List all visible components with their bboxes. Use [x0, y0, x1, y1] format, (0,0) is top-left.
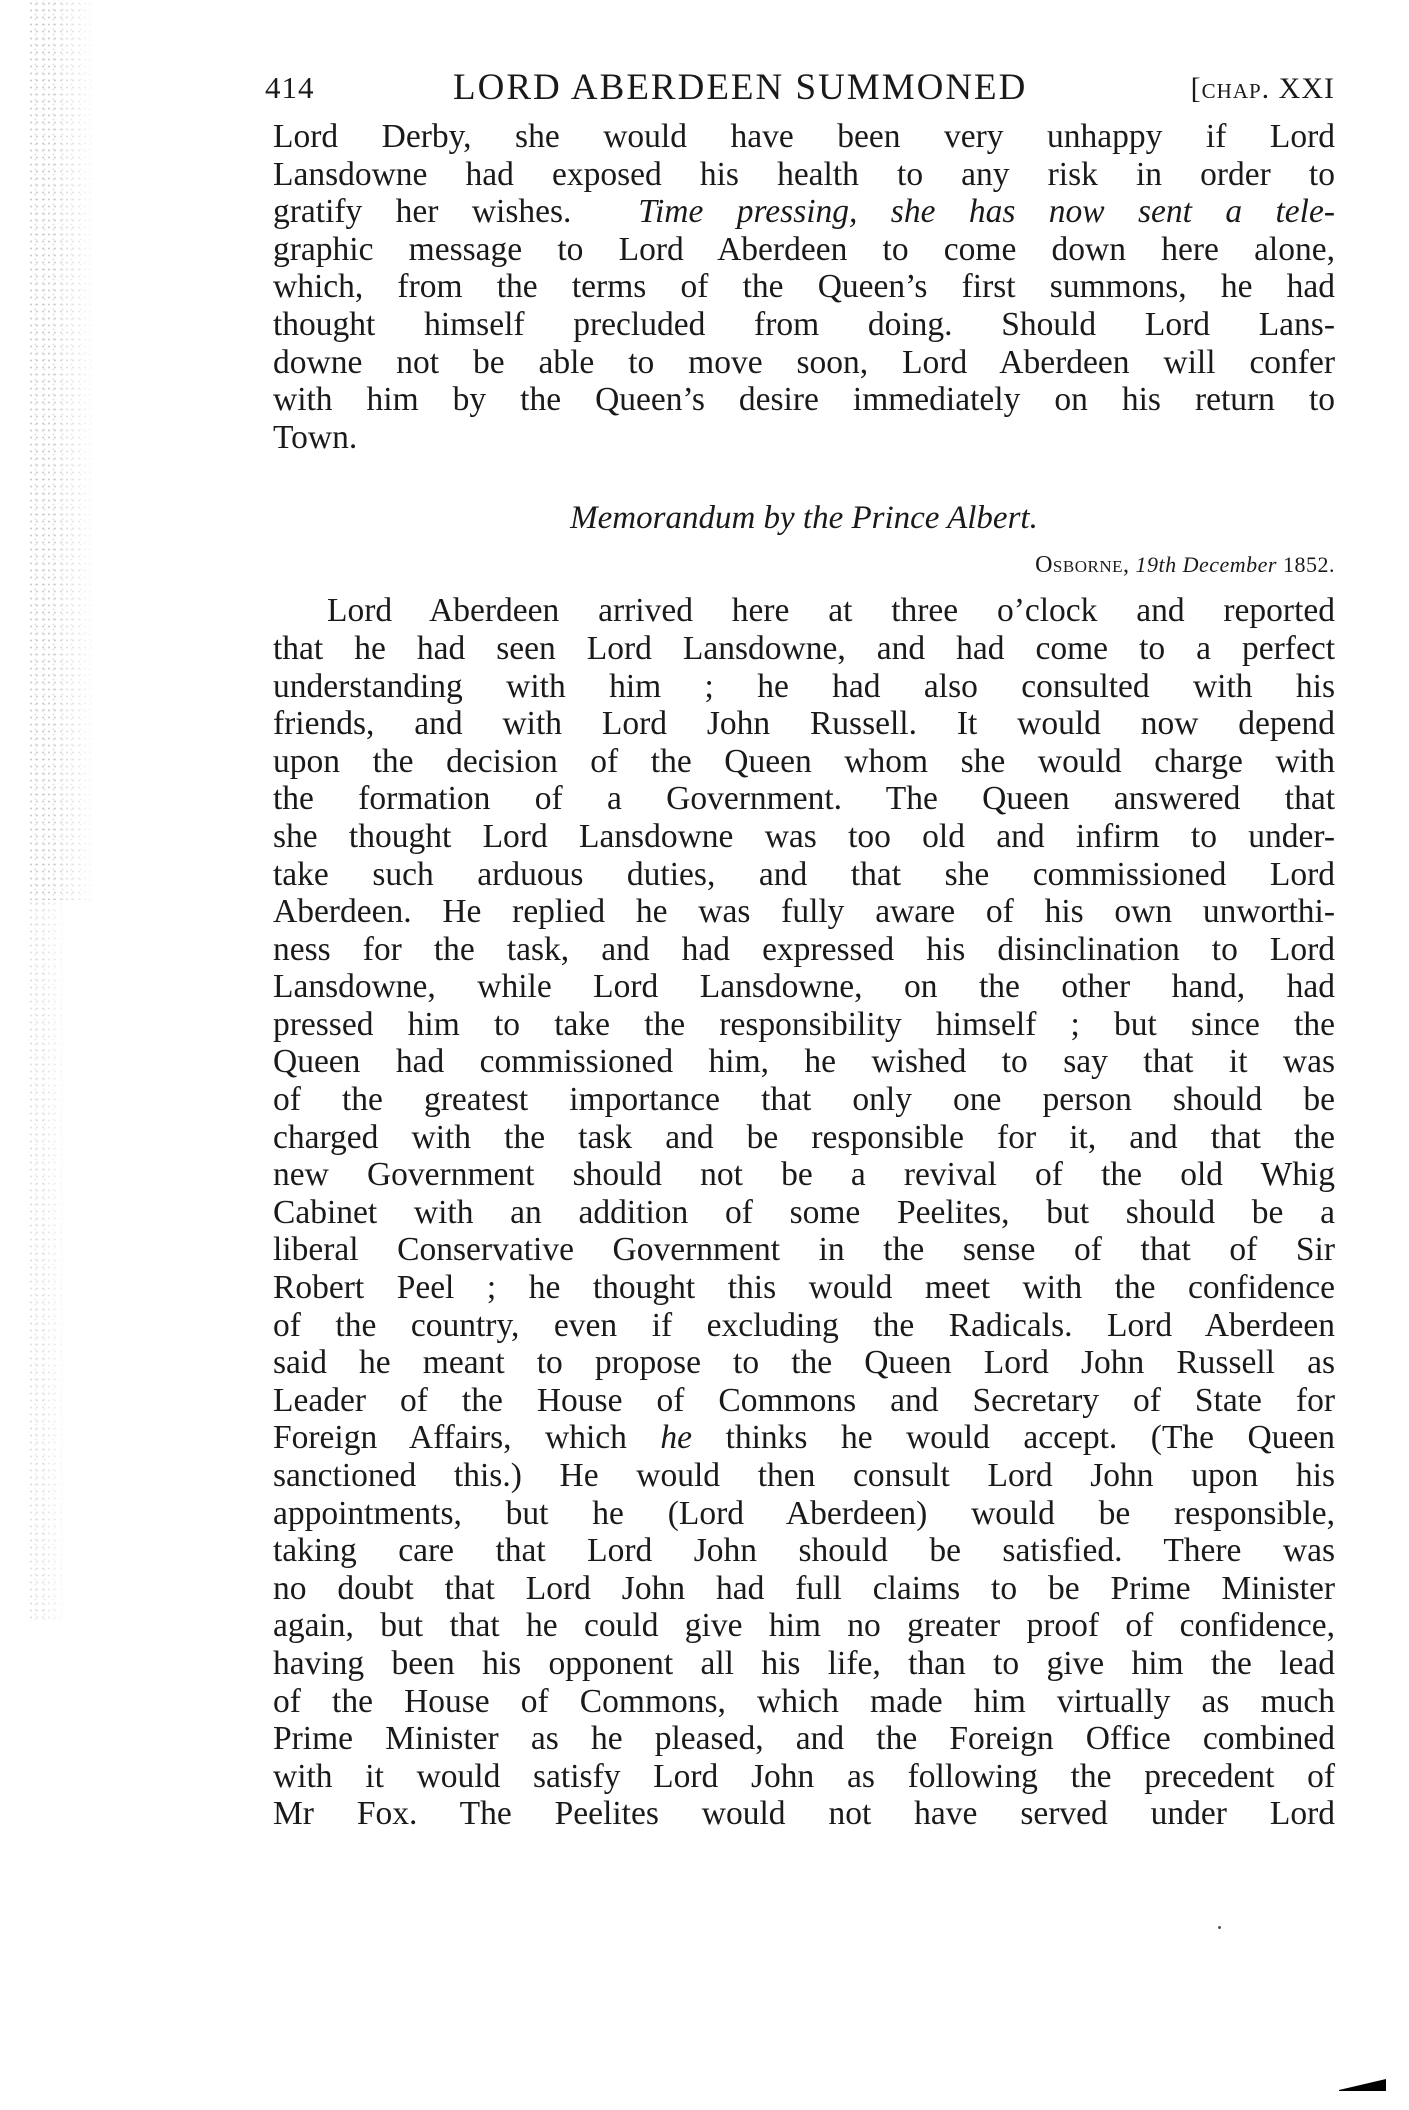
scan-speck [1290, 1328, 1293, 1331]
memorandum-heading: Memorandum by the Prince Albert. [273, 500, 1335, 544]
italic-text-run: Time pressing, she has now sent a tele- [638, 193, 1335, 230]
text-line: of the greatest importance that only one… [273, 1081, 1335, 1119]
dateline-date: 19th December [1135, 552, 1277, 577]
text-line: Robert Peel ; he thought this would meet… [273, 1269, 1335, 1307]
paragraph-continued: Lord Derby, she would have been very unh… [273, 118, 1335, 456]
text-line: appointments, but he (Lord Aberdeen) wou… [273, 1495, 1335, 1533]
chapter-number: XXI [1279, 72, 1335, 105]
text-line: Queen had commissioned him, he wished to… [273, 1043, 1335, 1081]
text-line: said he meant to propose to the Queen Lo… [273, 1344, 1335, 1382]
text-line: which, from the terms of the Queen’s fir… [273, 268, 1335, 306]
memorandum-body: Lord Aberdeen arrived here at three o’cl… [273, 592, 1335, 1833]
scan-speck [1218, 1926, 1221, 1929]
text-line: Foreign Affairs, which he thinks he woul… [273, 1419, 1335, 1457]
text-line: new Government should not be a revival o… [273, 1156, 1335, 1194]
italic-emphasis: he [660, 1419, 692, 1456]
text-run: gratify her wishes. [273, 193, 571, 230]
dateline-year: 1852. [1283, 552, 1335, 577]
memorandum-dateline: Osborne, 19th December 1852. [255, 552, 1335, 592]
chapter-bracket: [ [1191, 72, 1202, 105]
text-line: graphic message to Lord Aberdeen to come… [273, 231, 1335, 269]
text-line: charged with the task and be responsible… [273, 1119, 1335, 1157]
text-line: Lansdowne had exposed his health to any … [273, 156, 1335, 194]
text-line: upon the decision of the Queen whom she … [273, 743, 1335, 781]
text-line: having been his opponent all his life, t… [273, 1645, 1335, 1683]
text-line: downe not be able to move soon, Lord Abe… [273, 344, 1335, 382]
text-run: thinks he would accept. (The Queen [726, 1419, 1335, 1456]
scan-gutter-shadow-lower [28, 900, 68, 1620]
dateline-place: Osborne, [1035, 552, 1129, 578]
text-line: gratify her wishes. Time pressing, she h… [273, 193, 1335, 231]
text-line: Leader of the House of Commons and Secre… [273, 1382, 1335, 1420]
text-line: pressed him to take the responsibility h… [273, 1006, 1335, 1044]
text-line: that he had seen Lord Lansdowne, and had… [273, 630, 1335, 668]
text-line: again, but that he could give him no gre… [273, 1607, 1335, 1645]
text-line: the formation of a Government. The Queen… [273, 780, 1335, 818]
text-line: of the country, even if excluding the Ra… [273, 1307, 1335, 1345]
chapter-reference: [chap. XXI [1191, 72, 1335, 106]
page-corner-mark-icon [1339, 2079, 1386, 2091]
scan-gutter-shadow [28, 0, 98, 900]
text-line: ness for the task, and had expressed his… [273, 931, 1335, 969]
text-line: taking care that Lord John should be sat… [273, 1532, 1335, 1570]
text-line: Lansdowne, while Lord Lansdowne, on the … [273, 968, 1335, 1006]
text-line: with him by the Queen’s desire immediate… [273, 381, 1335, 419]
chapter-label: chap. [1202, 72, 1271, 105]
text-run: Foreign Affairs, which [273, 1419, 627, 1456]
text-line: Aberdeen. He replied he was fully aware … [273, 893, 1335, 931]
text-line: take such arduous duties, and that she c… [273, 856, 1335, 894]
text-line: sanctioned this.) He would then consult … [273, 1457, 1335, 1495]
text-line: Lord Aberdeen arrived here at three o’cl… [273, 592, 1335, 630]
text-line: with it would satisfy Lord John as follo… [273, 1758, 1335, 1796]
page-number: 414 [265, 70, 315, 106]
book-page: 414 LORD ABERDEEN SUMMONED [chap. XXI Lo… [255, 62, 1335, 1833]
text-line: liberal Conservative Government in the s… [273, 1231, 1335, 1269]
text-line: no doubt that Lord John had full claims … [273, 1570, 1335, 1608]
text-line: she thought Lord Lansdowne was too old a… [273, 818, 1335, 856]
text-line: Mr Fox. The Peelites would not have serv… [273, 1795, 1335, 1833]
text-line: Cabinet with an addition of some Peelite… [273, 1194, 1335, 1232]
text-line: understanding with him ; he had also con… [273, 668, 1335, 706]
text-line: thought himself precluded from doing. Sh… [273, 306, 1335, 344]
text-line: Town. [273, 419, 1335, 457]
text-line: Lord Derby, she would have been very unh… [273, 118, 1335, 156]
running-title: LORD ABERDEEN SUMMONED [453, 66, 1027, 109]
text-line: Prime Minister as he pleased, and the Fo… [273, 1720, 1335, 1758]
text-line: friends, and with Lord John Russell. It … [273, 705, 1335, 743]
running-head: 414 LORD ABERDEEN SUMMONED [chap. XXI [255, 62, 1335, 118]
text-line: of the House of Commons, which made him … [273, 1683, 1335, 1721]
